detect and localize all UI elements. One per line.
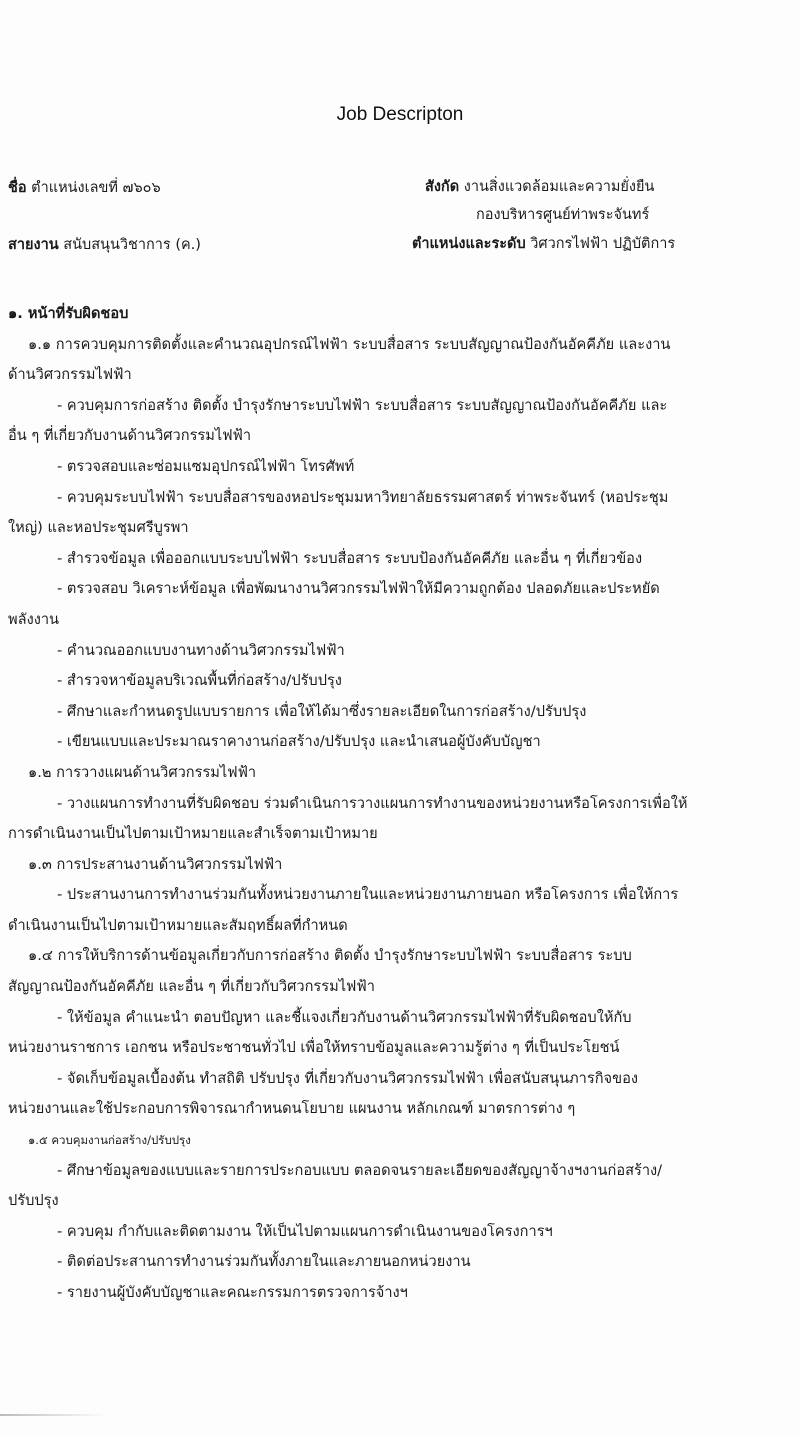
subsection-heading: ๑.๑ การควบคุมการติดตั้งและคำนวณอุปกรณ์ไฟ… — [8, 330, 798, 361]
text-line: ปรับปรุง — [8, 1186, 798, 1217]
text-line: อื่น ๆ ที่เกี่ยวกับงานด้านวิศวกรรมไฟฟ้า — [8, 421, 798, 452]
subsection-heading: ๑.๒ การวางแผนด้านวิศวกรรมไฟฟ้า — [8, 758, 798, 789]
text-line: - ตรวจสอบและซ่อมแซมอุปกรณ์ไฟฟ้า โทรศัพท์ — [8, 452, 798, 483]
section-heading: ๑. หน้าที่รับผิดชอบ — [8, 299, 798, 330]
text-line: - สำรวจข้อมูล เพื่อออกแบบระบบไฟฟ้า ระบบส… — [8, 544, 798, 575]
text-line: - สำรวจหาข้อมูลบริเวณพื้นที่ก่อสร้าง/ปรั… — [8, 666, 798, 697]
text-line: - จัดเก็บข้อมูลเบื้องต้น ทำสถิติ ปรับปรุ… — [8, 1064, 798, 1095]
name-label: ชื่อ — [8, 180, 27, 196]
text-line: - ควบคุม กำกับและติดตามงาน ให้เป็นไปตามแ… — [8, 1217, 798, 1248]
position-number-field: ชื่อ ตำแหน่งเลขที่ ๗๖๐๖ — [8, 176, 161, 199]
document-title: Job Descripton — [0, 104, 800, 126]
text-line: - คำนวณออกแบบงานทางด้านวิศวกรรมไฟฟ้า — [8, 636, 798, 667]
text-line: - วางแผนการทำงานที่รับผิดชอบ ร่วมดำเนินก… — [8, 789, 798, 820]
job-line-field: สายงาน สนับสนุนวิชาการ (ค.) — [8, 233, 201, 256]
text-line: พลังงาน — [8, 605, 798, 636]
affiliation-field: สังกัด งานสิ่งแวดล้อมและความยั่งยืน — [425, 175, 654, 198]
text-line: ด้านวิศวกรรมไฟฟ้า — [8, 360, 798, 391]
affiliation-label: สังกัด — [425, 179, 459, 195]
text-line: - ควบคุมการก่อสร้าง ติดตั้ง บำรุงรักษาระ… — [8, 391, 798, 422]
text-line: - ให้ข้อมูล คำแนะนำ ตอบปัญหา และชี้แจงเก… — [8, 1003, 798, 1034]
text-line: ใหญ่) และหอประชุมศรีบูรพา — [8, 513, 798, 544]
responsibilities-section: ๑. หน้าที่รับผิดชอบ๑.๑ การควบคุมการติดตั… — [8, 299, 798, 1309]
scan-artifact — [0, 1414, 110, 1416]
position-label: ตำแหน่งและระดับ — [412, 236, 526, 252]
line-value: สนับสนุนวิชาการ (ค.) — [63, 237, 201, 253]
text-line: - ตรวจสอบ วิเคราะห์ข้อมูล เพื่อพัฒนางานว… — [8, 574, 798, 605]
subsection-heading: ๑.๕ ควบคุมงานก่อสร้าง/ปรับปรุง — [8, 1125, 798, 1156]
text-line: หน่วยงานราชการ เอกชน หรือประชาชนทั่วไป เ… — [8, 1033, 798, 1064]
position-level-field: ตำแหน่งและระดับ วิศวกรไฟฟ้า ปฏิบัติการ — [412, 232, 675, 255]
text-line: - ศึกษาและกำหนดรูปแบบรายการ เพื่อให้ได้ม… — [8, 697, 798, 728]
text-line: - ควบคุมระบบไฟฟ้า ระบบสื่อสารของหอประชุม… — [8, 483, 798, 514]
affiliation-value: งานสิ่งแวดล้อมและความยั่งยืน — [464, 179, 655, 195]
position-value: วิศวกรไฟฟ้า ปฏิบัติการ — [530, 236, 675, 252]
text-line: - รายงานผู้บังคับบัญชาและคณะกรรมการตรวจก… — [8, 1278, 798, 1309]
text-line: การดำเนินงานเป็นไปตามเป้าหมายและสำเร็จตา… — [8, 819, 798, 850]
text-line: ดำเนินงานเป็นไปตามเป้าหมายและสัมฤทธิ์ผลท… — [8, 911, 798, 942]
text-line: - ติดต่อประสานการทำงานร่วมกันทั้งภายในแล… — [8, 1247, 798, 1278]
text-line: สัญญาณป้องกันอัคคีภัย และอื่น ๆ ที่เกี่ย… — [8, 972, 798, 1003]
text-line: - ศึกษาข้อมูลของแบบและรายการประกอบแบบ ตล… — [8, 1156, 798, 1187]
name-value: ตำแหน่งเลขที่ ๗๖๐๖ — [31, 180, 161, 196]
subsection-heading: ๑.๔ การให้บริการด้านข้อมูลเกี่ยวกับการก่… — [8, 941, 798, 972]
scanned-document-page: Job Descripton ชื่อ ตำแหน่งเลขที่ ๗๖๐๖ ส… — [0, 0, 800, 1435]
text-line: หน่วยงานและใช้ประกอบการพิจารณากำหนดนโยบา… — [8, 1094, 798, 1125]
text-line: - เขียนแบบและประมาณราคางานก่อสร้าง/ปรับป… — [8, 727, 798, 758]
division-name: กองบริหารศูนย์ท่าพระจันทร์ — [476, 203, 649, 226]
text-line: - ประสานงานการทำงานร่วมกันทั้งหน่วยงานภา… — [8, 880, 798, 911]
line-label: สายงาน — [8, 237, 59, 253]
subsection-heading: ๑.๓ การประสานงานด้านวิศวกรรมไฟฟ้า — [8, 850, 798, 881]
